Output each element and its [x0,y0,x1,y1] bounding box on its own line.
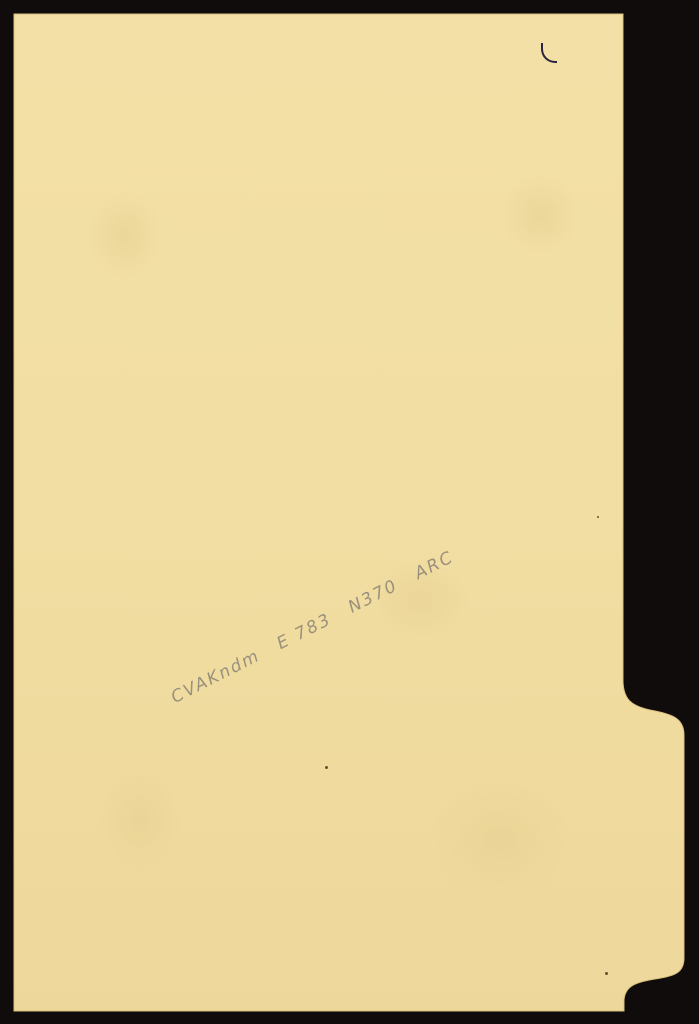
speck [597,516,599,518]
speck [325,766,328,769]
scanned-card-image: CVAKndm E 783 N370 ARC [0,0,699,1024]
card-outline [14,14,684,1011]
index-card-shape [0,0,699,1024]
speck [605,972,608,975]
